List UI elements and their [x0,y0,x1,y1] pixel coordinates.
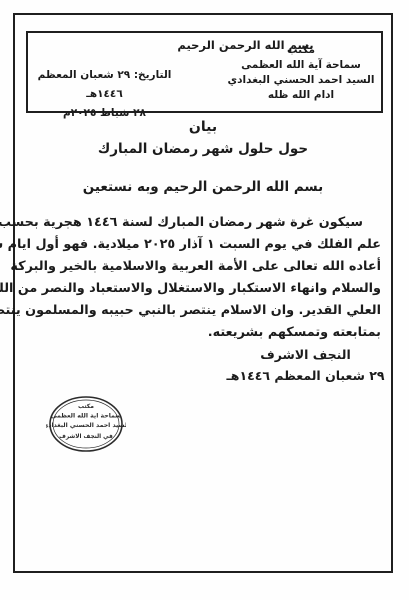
office-line-4: ادام الله ظله [225,88,377,103]
statement-subheading: حول حلول شهر رمضان المبارك [15,141,391,157]
office-seal-stamp: مكتب سماحة اية الله العظمى السيد احمد ال… [46,394,126,454]
statement-heading: بيان [15,119,391,135]
seal-line-4: في النجف الاشرف [59,434,113,440]
letterhead-box: بسم الله الرحمن الرحيم مكتب سماحة آية ال… [26,31,383,113]
seal-line-3: السيد احمد الحسني البغدادي [46,422,126,429]
signature-date: ٢٩ شعبان المعظم ١٤٤٦هـ [223,365,388,386]
hijri-date-line: التاريخ: ٢٩ شعبان المعظم ١٤٤٦هـ [32,66,177,104]
statement-body: سيكون غرة شهر رمضان المبارك لسنة ١٤٤٦ هج… [22,212,381,344]
body-line: سيكون غرة شهر رمضان المبارك لسنة ١٤٤٦ هج… [22,212,381,234]
body-line: أعاده الله تعالى على الأمة العربية والاس… [22,256,381,278]
date-block: التاريخ: ٢٩ شعبان المعظم ١٤٤٦هـ ٢٨ شباط … [32,66,177,123]
body-line: العلي القدير. وان الاسلام ينتصر بالنبي ح… [22,300,381,322]
body-line: والسلام وانهاء الاستكبار والاستغلال والا… [22,278,381,300]
page-outer-border: بسم الله الرحمن الرحيم مكتب سماحة آية ال… [13,13,393,573]
office-title-block: مكتب سماحة آية الله العظمى السيد احمد ال… [225,43,377,103]
office-line-3: السيد احمد الحسني البغدادي [225,73,377,88]
seal-oval-icon: مكتب سماحة اية الله العظمى السيد احمد ال… [46,394,126,454]
seal-line-1: مكتب [78,403,94,410]
office-line-1: مكتب [225,43,377,58]
body-line: علم الفلك في يوم السبت ١ آذار ٢٠٢٥ ميلاد… [22,234,381,256]
opening-basmala: بسم الله الرحمن الرحيم وبه نستعين [15,179,391,195]
seal-line-2: سماحة اية الله العظمى [51,413,122,420]
body-line: بمتابعته وتمسكهم بشريعته. [22,322,381,344]
scanned-statement-page: بسم الله الرحمن الرحيم مكتب سماحة آية ال… [0,0,409,600]
signature-block: النجف الاشرف ٢٩ شعبان المعظم ١٤٤٦هـ [223,344,388,386]
signature-place: النجف الاشرف [223,344,388,365]
office-line-2: سماحة آية الله العظمى [225,58,377,73]
